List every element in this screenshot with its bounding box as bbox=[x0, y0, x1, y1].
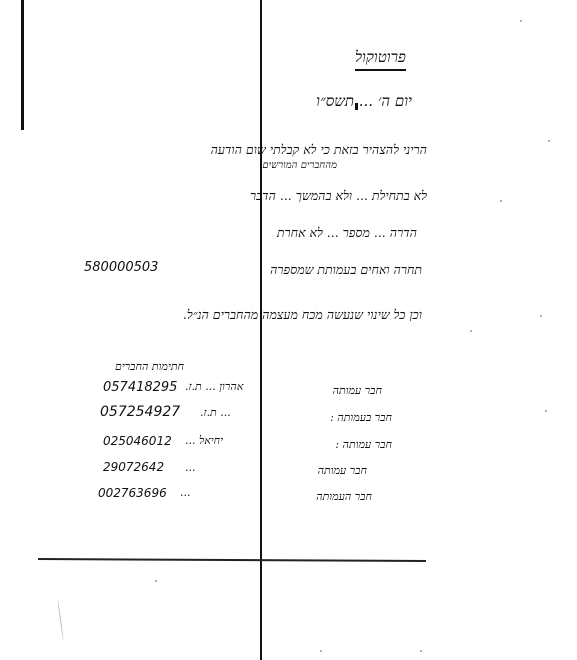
scan-edge-mark bbox=[21, 0, 24, 130]
signatory-id: 057254927 bbox=[100, 404, 180, 420]
scan-speck bbox=[155, 580, 157, 582]
scan-speck bbox=[320, 650, 322, 652]
signatory-label: חבר העמותה bbox=[316, 490, 372, 503]
body-line-2: מהחברים המורשים bbox=[262, 160, 337, 171]
signatures-header: חתימות החברים bbox=[115, 360, 184, 373]
signatory-label: חבר בעמותה : bbox=[330, 411, 392, 424]
document-title: פרוטוקול bbox=[355, 48, 406, 71]
body-line-6: וכן כל שינוי שנעשה מכח מעצמה מהחברים הנ״… bbox=[183, 307, 422, 323]
registration-number: 580000503 bbox=[84, 260, 158, 275]
scan-speck bbox=[520, 20, 522, 22]
bullet-mark bbox=[355, 103, 358, 110]
signatory-id: 057418295 bbox=[103, 380, 177, 395]
signatory-id: 025046012 bbox=[103, 434, 172, 448]
body-line-4: הדרה ... מספר ... לא אחרת bbox=[277, 225, 417, 241]
signatory-label: חבר עמותה : bbox=[335, 438, 392, 451]
signatory-label: חבר עמותה bbox=[318, 464, 367, 477]
signatory-name: ... ת.ז. bbox=[200, 406, 231, 419]
scan-mark bbox=[57, 600, 64, 640]
signatory-id: 002763696 bbox=[98, 486, 167, 500]
scan-speck bbox=[545, 410, 547, 412]
signatory-name: ... bbox=[185, 461, 196, 474]
body-line-5: תחרה ואחים בעמותת שמספרה bbox=[270, 262, 422, 278]
scan-speck bbox=[540, 315, 542, 317]
horizontal-rule bbox=[38, 558, 426, 562]
signatory-name: ... bbox=[180, 486, 191, 499]
signatory-label: חבר עמותה bbox=[333, 384, 382, 397]
scanned-document-page: פרוטוקול יום ה׳ ... תשס״ו הריני להצהיר ב… bbox=[0, 0, 577, 660]
body-line-1: הריני להצהיר בזאת כי לא קבלתי שום הודעה bbox=[211, 142, 427, 158]
scan-speck bbox=[470, 330, 472, 332]
signatory-name: יחיאל ... bbox=[185, 434, 223, 447]
scan-speck bbox=[548, 140, 550, 142]
signatory-id: 29072642 bbox=[103, 460, 164, 474]
date-line: יום ה׳ ... תשס״ו bbox=[316, 92, 412, 111]
signatory-name: אהרון ... ת.ז. bbox=[185, 380, 243, 393]
scan-speck bbox=[420, 650, 422, 652]
scan-speck bbox=[500, 200, 502, 202]
body-line-3: לא בתחילת ... ולא בהמשך ... הדבר bbox=[250, 188, 427, 204]
